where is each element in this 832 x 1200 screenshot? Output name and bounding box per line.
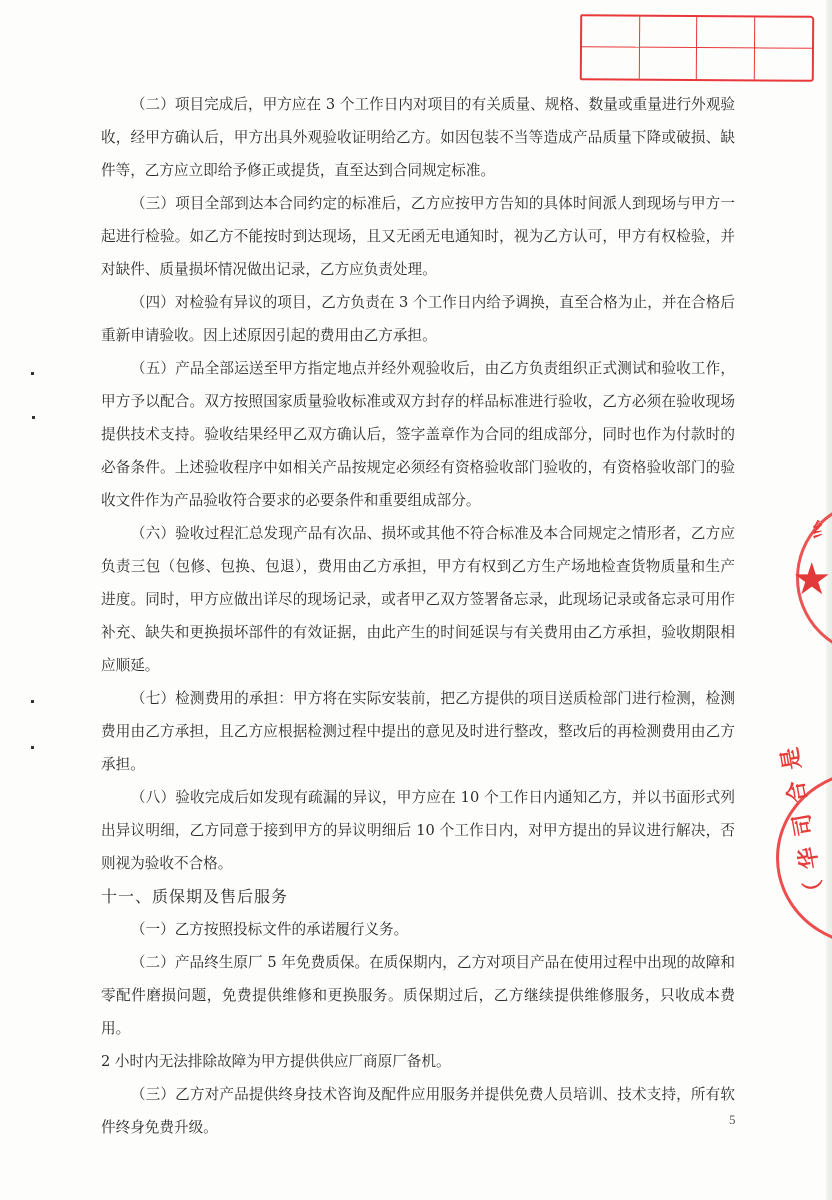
seal-grid-cell <box>582 47 640 78</box>
seal-grid-cell <box>754 48 812 79</box>
seal-grid-cell <box>639 48 697 79</box>
binding-hole-mark <box>31 700 34 703</box>
star-icon: ★ <box>792 560 832 600</box>
page-number: 5 <box>729 1112 736 1128</box>
stamp-text: 纟 <box>812 514 832 543</box>
seal-grid-cell <box>697 48 755 79</box>
seal-grid-cell <box>640 17 698 48</box>
clause-paragraph: （二）产品终生原厂 5 年免费质保。在质保期内，乙方对项目产品在使用过程中出现的… <box>101 946 735 1045</box>
clause-paragraph: （五）产品全部运送至甲方指定地点并经外观验收后，由乙方负责组织正式测试和验收工作… <box>101 352 735 517</box>
binding-hole-mark <box>31 746 34 749</box>
scanned-document-page: （二）项目完成后，甲方应在 3 个工作日内对项目的有关质量、规格、数量或重量进行… <box>0 0 832 1200</box>
section-heading: 十一、质保期及售后服务 <box>101 880 735 913</box>
clause-paragraph: （一）乙方按照投标文件的承诺履行义务。 <box>101 913 735 946</box>
document-body: （二）项目完成后，甲方应在 3 个工作日内对项目的有关质量、规格、数量或重量进行… <box>101 88 735 1144</box>
clause-paragraph: （三）乙方对产品提供终身技术咨询及配件应用服务并提供免费人员培训、技术支持，所有… <box>101 1078 735 1144</box>
clause-paragraph: （八）验收完成后如发现有疏漏的异议，甲方应在 10 个工作日内通知乙方，并以书面… <box>101 781 735 880</box>
seal-grid-cell <box>582 16 640 47</box>
clause-paragraph: （二）项目完成后，甲方应在 3 个工作日内对项目的有关质量、规格、数量或重量进行… <box>101 88 735 187</box>
seal-grid-cell <box>697 17 755 48</box>
clause-paragraph: （三）项目全部到达本合同约定的标准后，乙方应按甲方告知的具体时间派人到现场与甲方… <box>101 187 735 286</box>
binding-hole-mark <box>32 416 35 419</box>
clause-paragraph: （六）验收过程汇总发现产品有次品、损坏或其他不符合标准及本合同规定之情形者，乙方… <box>101 517 735 682</box>
seal-grid-cell <box>754 17 812 48</box>
seal-stamp-grid <box>580 14 814 82</box>
clause-paragraph: （七）检测费用的承担：甲方将在实际安装前，把乙方提供的项目送质检部门进行检测，检… <box>101 682 735 781</box>
binding-hole-mark <box>31 372 34 375</box>
clause-paragraph-continuation: 2 小时内无法排除故障为甲方提供供应厂商原厂备机。 <box>101 1045 735 1078</box>
clause-paragraph: （四）对检验有异议的项目，乙方负责在 3 个工作日内给予调换，直至合格为止，并在… <box>101 286 735 352</box>
